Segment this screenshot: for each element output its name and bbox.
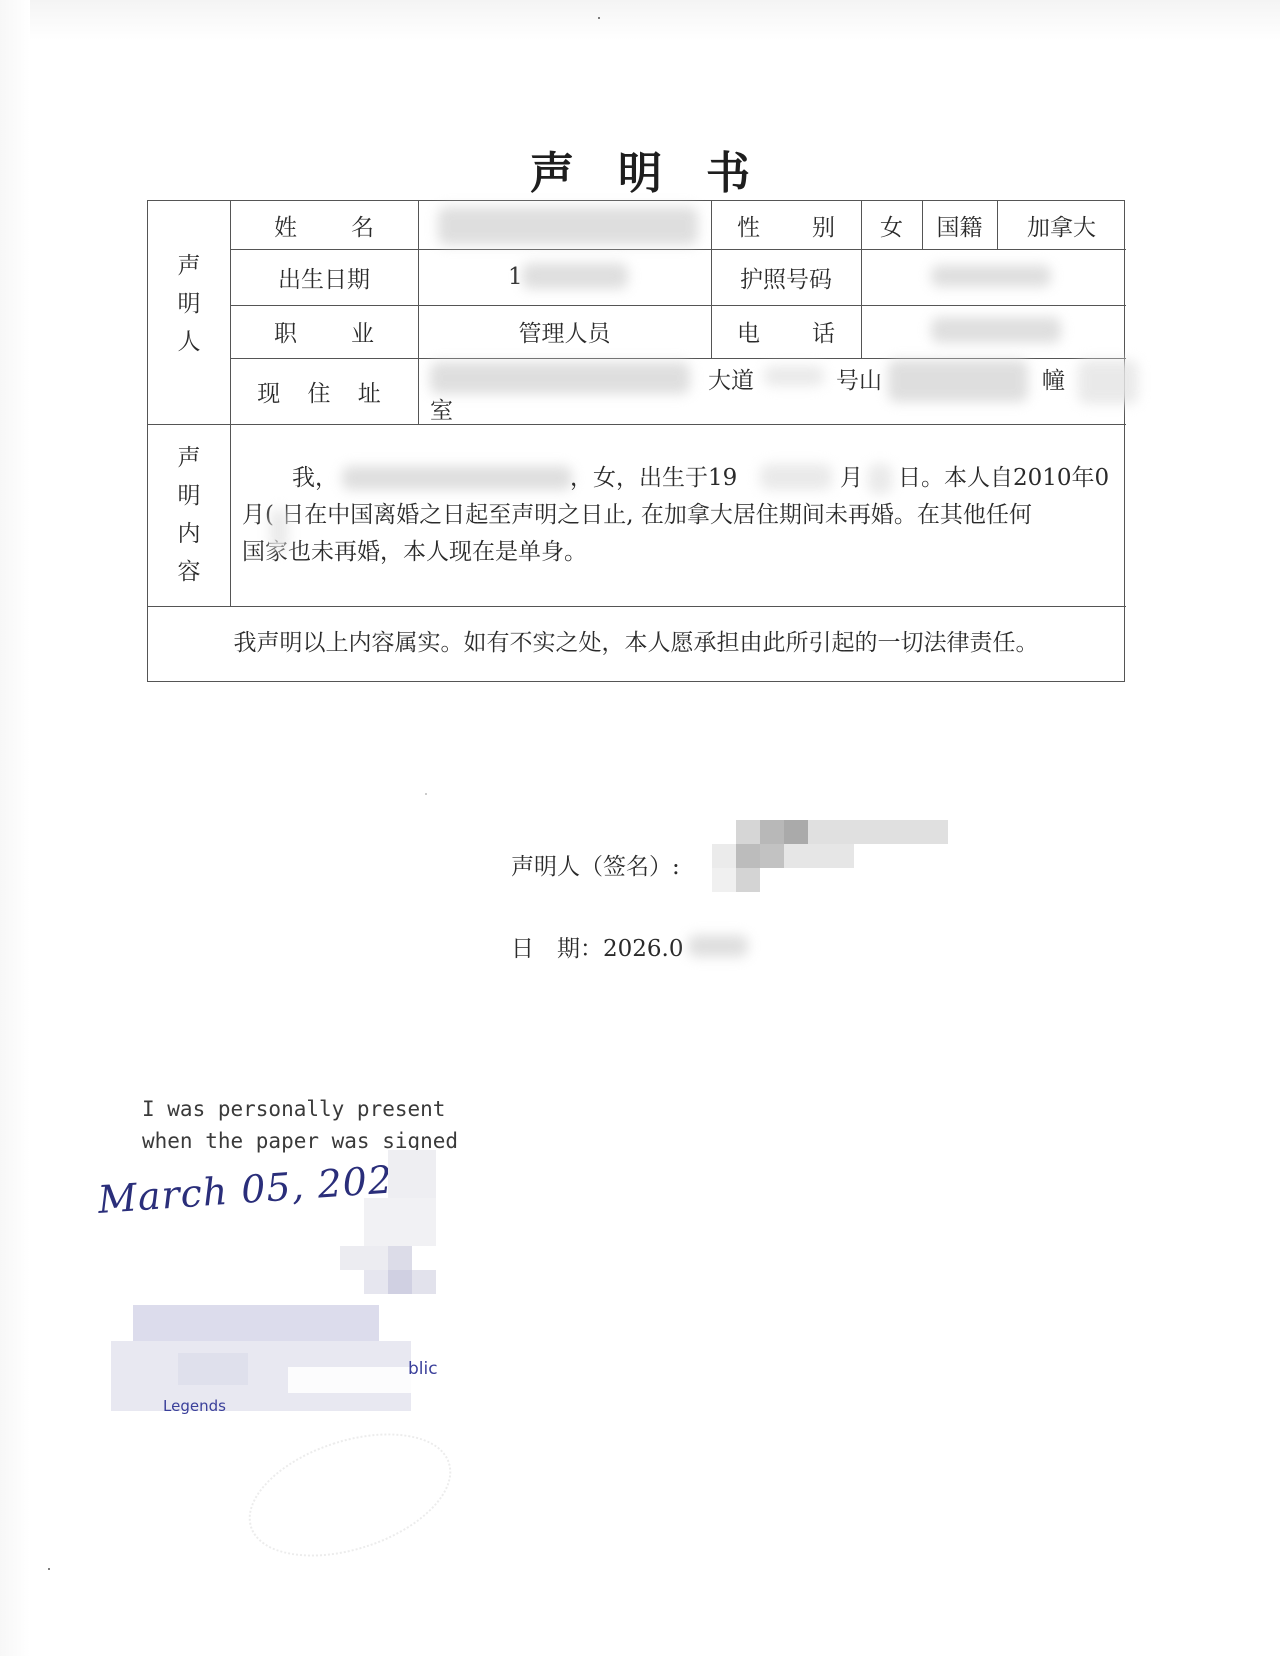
stamp-text-fragment: Legends [163,1397,226,1415]
scan-shadow-left [0,0,30,1656]
witness-line: I was personally present [142,1097,445,1121]
redaction-blur [688,935,748,957]
redaction-blur [522,263,628,289]
signature-date: 日 期：2026.0 [511,930,683,963]
content-line-2: 月( 日在中国离婚之日起至声明之日止, 在加拿大居住期间未再婚。在其他任何 [230,497,1126,534]
embossed-seal [233,1410,467,1580]
scan-speck [48,1568,50,1570]
stamp-mosaic [178,1353,248,1385]
label-char: 声 [178,439,201,477]
content-text: 我， [292,460,338,497]
declaration-table: 声 明 人 姓名 性别 女 国籍 加拿大 出生日期 1 护照号码 职业 管理人员… [147,200,1125,682]
name-value [418,201,711,249]
redaction-blur [438,207,698,245]
content-text: ，女，出生于19 [570,460,737,497]
label-char: 声 [178,247,201,285]
declarant-section-label: 声 明 人 [148,249,230,359]
declaration-content: 我， ，女，出生于19 月 日。本人自2010年0 月( 日在中国离婚之日起至声… [230,424,1126,606]
redaction-blur [931,317,1061,343]
birthdate-label: 出生日期 [230,249,418,305]
address-fragment: 号山 [836,362,882,395]
stamp-mosaic [133,1305,379,1341]
occupation-label: 职业 [230,305,418,358]
date-value: 2026.0 [603,936,683,962]
address-value: 大道 号山 幢 室 [418,358,1126,424]
address-label: 现 住 址 [230,358,418,424]
content-text: 月 [840,460,863,497]
label-char: 人 [178,323,201,361]
passport-label: 护照号码 [711,249,861,305]
affirmation-statement: 我声明以上内容属实。如有不实之处，本人愿承担由此所引起的一切法律责任。 [148,624,1124,657]
passport-value [861,249,1126,305]
redaction-blur [760,464,832,490]
gender-label: 性别 [711,201,861,249]
date-label: 日 期： [511,936,603,962]
label-char: 内 [178,515,201,553]
table-rule [148,606,1126,607]
phone-label: 电话 [711,305,861,358]
redaction-blur [430,362,690,394]
gender-value: 女 [861,201,922,249]
redaction-blur [888,360,1028,402]
redaction-blur [342,466,572,490]
redaction-blur [270,509,288,551]
signature-label: 声明人（签名）: [511,848,680,881]
occupation-value: 管理人员 [418,305,711,358]
label-char: 明 [178,285,201,323]
stamp-text-fragment: blic [408,1359,438,1379]
birthdate-value: 1 [418,249,711,305]
content-text: 日。本人自2010年0 [898,460,1109,497]
redaction-blur [868,464,892,494]
phone-value [861,305,1126,358]
redaction-blur [764,366,824,386]
redaction-blur [1078,360,1138,404]
name-label: 姓名 [230,201,418,249]
address-fragment: 大道 [708,362,754,395]
content-section-label: 声 明 内 容 [148,424,230,606]
address-fragment: 幢 [1042,362,1065,395]
content-paragraph: 我， ，女，出生于19 月 日。本人自2010年0 月( 日在中国离婚之日起至声… [230,460,1126,571]
content-line-1: 我， ，女，出生于19 月 日。本人自2010年0 [230,460,1126,497]
nationality-value: 加拿大 [997,201,1126,249]
label-char: 容 [178,553,201,591]
nationality-label: 国籍 [922,201,997,249]
scan-speck [425,793,427,795]
birthdate-visible: 1 [508,264,523,290]
document-title: 声明书 [0,137,1280,201]
content-line-3: 国家也未再婚，本人现在是单身。 [230,534,1126,571]
redaction-blur [931,265,1051,287]
label-char: 明 [178,477,201,515]
address-line2: 室 [430,392,453,425]
witness-statement: I was personally present when the paper … [142,1093,458,1157]
notary-stamp: blic Legends [133,1305,443,1423]
scan-shadow-top [0,0,1280,40]
scan-speck [598,17,600,19]
